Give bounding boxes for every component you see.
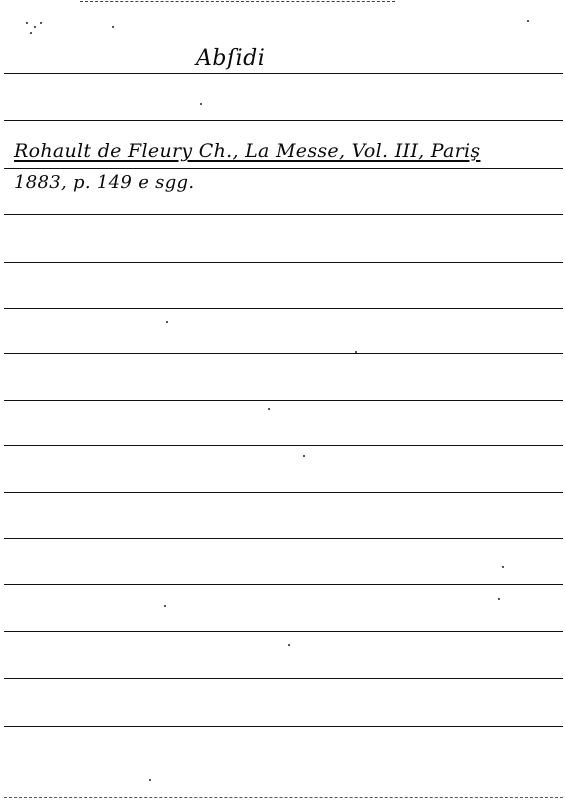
scan-speck xyxy=(288,644,290,646)
ruled-line xyxy=(4,353,563,354)
scan-speck xyxy=(502,566,504,568)
scan-speck xyxy=(112,26,114,28)
reference-line-1: Rohault de Fleury Ch., La Messe, Vol. II… xyxy=(14,140,480,162)
ruled-line xyxy=(4,168,563,169)
ruled-line xyxy=(4,308,563,309)
ruled-line-faint xyxy=(4,797,563,798)
scan-speck xyxy=(30,32,32,34)
card-title: Abſidi xyxy=(196,46,265,71)
scan-speck xyxy=(34,26,36,28)
scan-speck xyxy=(149,779,151,781)
scan-speck xyxy=(166,321,168,323)
ruled-line xyxy=(4,445,563,446)
scan-speck xyxy=(200,103,202,105)
ruled-line xyxy=(4,492,563,493)
ruled-line xyxy=(4,262,563,263)
ruled-line-faint-top xyxy=(80,1,395,2)
scan-speck xyxy=(303,455,305,457)
scan-speck xyxy=(527,20,529,22)
scan-speck xyxy=(164,605,166,607)
index-card: Abſidi Rohault de Fleury Ch., La Messe, … xyxy=(0,0,565,800)
scan-speck xyxy=(355,351,357,353)
scan-speck xyxy=(498,598,500,600)
ruled-line xyxy=(4,584,563,585)
scan-speck xyxy=(26,22,28,24)
ruled-line xyxy=(4,538,563,539)
ruled-line xyxy=(4,120,563,121)
scan-speck xyxy=(40,22,42,24)
ruled-line xyxy=(4,631,563,632)
ruled-line xyxy=(4,73,563,74)
scan-speck xyxy=(268,408,270,410)
reference-line-2: 1883, p. 149 e sgg. xyxy=(14,172,194,193)
ruled-line xyxy=(4,400,563,401)
ruled-line xyxy=(4,214,563,215)
ruled-line xyxy=(4,726,563,727)
ruled-line xyxy=(4,678,563,679)
